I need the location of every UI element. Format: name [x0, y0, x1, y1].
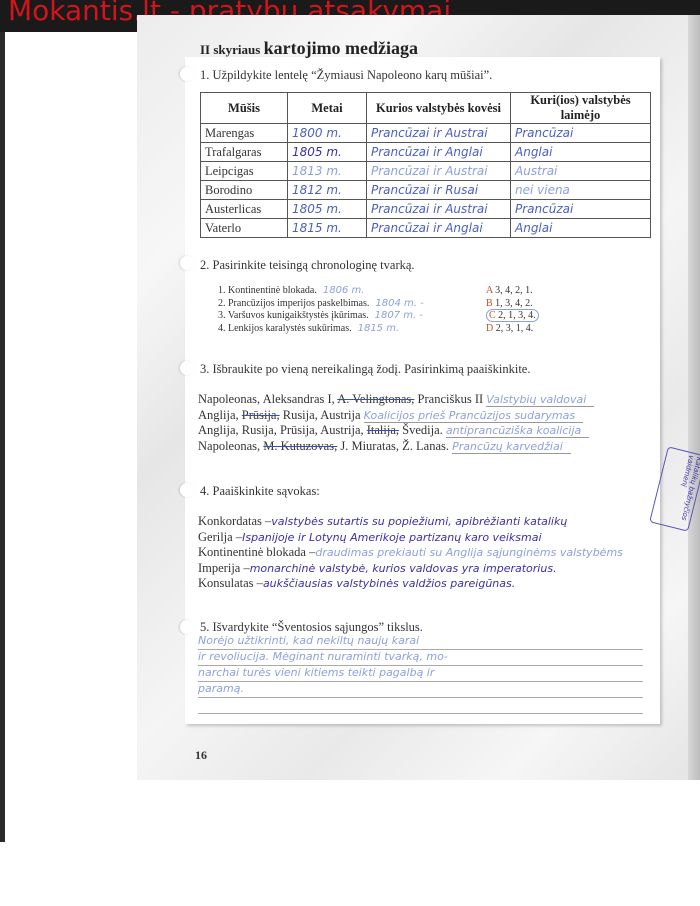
answer-line[interactable]: narchai turės vieni kitiems teikti pagal… [198, 666, 643, 682]
section-tab-marker [180, 620, 194, 634]
option-value: 2, 3, 1, 4. [496, 323, 534, 334]
option-letter: D [486, 323, 493, 334]
words-before: Anglija, Rusija, Prūsija, Austrija, [198, 423, 367, 437]
term-answer[interactable]: draudimas prekiauti su Anglija sąjunginė… [315, 546, 623, 559]
battle-name: Trafalgaras [201, 143, 288, 162]
section-tab-marker [180, 256, 194, 270]
event-item: 1. Kontinentinė blokada.1806 m. [218, 285, 424, 298]
battle-winner[interactable]: Prancūzai [511, 124, 651, 143]
event-text: 1. Kontinentinė blokada. [218, 285, 317, 296]
battles-table: Mūšis Metai Kurios valstybės kovėsi Kuri… [200, 92, 651, 238]
struck-word[interactable]: Italija, [367, 423, 399, 437]
option-letter: C [489, 310, 496, 321]
struck-word[interactable]: Prūsija, [242, 408, 280, 422]
battle-winner[interactable]: Prancūzai [511, 200, 651, 219]
battle-winner[interactable]: Anglai [511, 143, 651, 162]
explanation-answer[interactable]: Valstybių valdovai [486, 393, 594, 407]
task5-prompt: 5. Išvardykite “Šventosios sąjungos” tik… [200, 620, 423, 635]
words-before: Napoleonas, Aleksandras I, [198, 392, 337, 406]
term-label: Gerilja – [198, 530, 242, 544]
term-label: Konsulatas – [198, 576, 263, 590]
option-value: 1, 3, 4, 2. [495, 298, 533, 309]
explanation-answer[interactable]: Koalicijos prieš Prancūzijos sudarymas [364, 409, 583, 423]
word-row: Anglija, Prūsija, Rusija, Austrija Koali… [198, 408, 594, 424]
term-answer[interactable]: Ispanijoje ir Lotynų Amerikoje partizanų… [242, 531, 541, 544]
battle-fought[interactable]: Prancūzai ir Anglai [367, 219, 511, 238]
explanation-answer[interactable]: antiprancūziška koalicija [446, 424, 589, 438]
battle-year[interactable]: 1813 m. [288, 162, 367, 181]
words-after: J. Miuratas, Ž. Lanas. [337, 439, 449, 453]
event-text: 4. Lenkijos karalystės sukūrimas. [218, 323, 352, 334]
header-battle: Mūšis [201, 93, 288, 124]
battle-year[interactable]: 1812 m. [288, 181, 367, 200]
chapter-heading: kartojimo medžiaga [264, 38, 418, 58]
table-header-row: Mūšis Metai Kurios valstybės kovėsi Kuri… [201, 93, 651, 124]
battle-name: Borodino [201, 181, 288, 200]
term-row: Konsulatas –aukščiausias valstybinės val… [198, 576, 623, 592]
task4-rows: Konkordatas –valstybės sutartis su popie… [198, 514, 623, 592]
battle-fought[interactable]: Prancūzai ir Anglai [367, 143, 511, 162]
term-answer[interactable]: valstybės sutartis su popiežiumi, apibrė… [271, 515, 567, 528]
event-item: 4. Lenkijos karalystės sukūrimas.1815 m. [218, 323, 424, 336]
battle-name: Austerlicas [201, 200, 288, 219]
answer-line[interactable] [198, 698, 643, 714]
words-before: Anglija, [198, 408, 242, 422]
term-row: Gerilja –Ispanijoje ir Lotynų Amerikoje … [198, 530, 623, 546]
battle-name: Leipcigas [201, 162, 288, 181]
battle-fought[interactable]: Prancūzai ir Rusai [367, 181, 511, 200]
header-winner: Kuri(ios) valstybės laimėjo [511, 93, 651, 124]
term-row: Konkordatas –valstybės sutartis su popie… [198, 514, 623, 530]
section-tab-marker [180, 67, 194, 81]
battle-winner[interactable]: Anglai [511, 219, 651, 238]
answer-line[interactable]: ir revoliucija. Mėginant nuraminti tvark… [198, 650, 643, 666]
table-row: Vaterlo 1815 m. Prancūzai ir Anglai Angl… [201, 219, 651, 238]
term-answer[interactable]: aukščiausias valstybinės valdžios pareig… [263, 577, 515, 590]
task1-prompt: 1. Užpildykite lentelę “Žymiausi Napoleo… [200, 68, 492, 83]
words-after: Švedija. [399, 423, 443, 437]
words-after: Rusija, Austrija [280, 408, 361, 422]
battle-year[interactable]: 1805 m. [288, 200, 367, 219]
battle-winner[interactable]: nei viena [511, 181, 651, 200]
event-answer[interactable]: 1807 m. - [375, 310, 423, 321]
term-label: Kontinentinė blokada – [198, 545, 315, 559]
word-row: Anglija, Rusija, Prūsija, Austrija, Ital… [198, 423, 594, 439]
term-row: Kontinentinė blokada –draudimas prekiaut… [198, 545, 623, 561]
task3-rows: Napoleonas, Aleksandras I, A. Velingtona… [198, 392, 594, 454]
event-text: 2. Prancūzijos imperijos paskelbimas. [218, 298, 369, 309]
table-row: Borodino 1812 m. Prancūzai ir Rusai nei … [201, 181, 651, 200]
event-answer[interactable]: 1806 m. [323, 285, 365, 296]
term-row: Imperija –monarchinė valstybė, kurios va… [198, 561, 623, 577]
table-row: Leipcigas 1813 m. Prancūzai ir Austrai A… [201, 162, 651, 181]
words-after: Pranciškus II [414, 392, 483, 406]
battle-fought[interactable]: Prancūzai ir Austrai [367, 200, 511, 219]
answer-line[interactable]: paramą. [198, 682, 643, 698]
left-edge [0, 32, 5, 842]
word-row: Napoleonas, Aleksandras I, A. Velingtona… [198, 392, 594, 408]
event-item: 3. Varšuvos kunigaikštystės įkūrimas.180… [218, 310, 424, 323]
struck-word[interactable]: M. Kutuzovas, [263, 439, 337, 453]
event-answer[interactable]: 1815 m. [358, 323, 400, 334]
table-row: Austerlicas 1805 m. Prancūzai ir Austrai… [201, 200, 651, 219]
term-label: Konkordatas – [198, 514, 271, 528]
battle-year[interactable]: 1805 m. [288, 143, 367, 162]
task2-prompt: 2. Pasirinkite teisingą chronologinę tva… [200, 258, 415, 273]
option-d[interactable]: D 2, 3, 1, 4. [486, 323, 539, 336]
option-letter: B [486, 298, 493, 309]
task3-prompt: 3. Išbraukite po vieną nereikalingą žodį… [200, 362, 530, 377]
term-answer[interactable]: monarchinė valstybė, kurios valdovas yra… [250, 562, 557, 575]
header-year: Metai [288, 93, 367, 124]
task4-prompt: 4. Paaiškinkite sąvokas: [200, 484, 320, 499]
header-fought: Kurios valstybės kovėsi [367, 93, 511, 124]
task2-events: 1. Kontinentinė blokada.1806 m. 2. Pranc… [218, 285, 424, 335]
task2-options: A 3, 4, 2, 1. B 1, 3, 4, 2. C 2, 1, 3, 4… [486, 285, 539, 335]
battle-fought[interactable]: Prancūzai ir Austrai [367, 124, 511, 143]
option-value: 2, 1, 3, 4. [498, 310, 536, 321]
explanation-answer[interactable]: Prancūzų karvedžiai [452, 440, 571, 454]
option-c-selected[interactable]: C 2, 1, 3, 4. [486, 310, 539, 323]
battle-year[interactable]: 1800 m. [288, 124, 367, 143]
event-item: 2. Prancūzijos imperijos paskelbimas.180… [218, 298, 424, 311]
battle-winner[interactable]: Austrai [511, 162, 651, 181]
struck-word[interactable]: A. Velingtonas, [337, 392, 414, 406]
battle-name: Marengas [201, 124, 288, 143]
chapter-title: II skyriaus kartojimo medžiaga [200, 38, 418, 59]
table-row: Trafalgaras 1805 m. Prancūzai ir Anglai … [201, 143, 651, 162]
term-label: Imperija – [198, 561, 250, 575]
word-row: Napoleonas, M. Kutuzovas, J. Miuratas, Ž… [198, 439, 594, 455]
answer-line[interactable]: Norėjo užtikrinti, kad nekiltų naujų kar… [198, 634, 643, 650]
battle-year[interactable]: 1815 m. [288, 219, 367, 238]
option-a[interactable]: A 3, 4, 2, 1. [486, 285, 539, 298]
battle-name: Vaterlo [201, 219, 288, 238]
section-tab-marker [180, 483, 194, 497]
event-answer[interactable]: 1804 m. - [375, 298, 423, 309]
event-text: 3. Varšuvos kunigaikštystės įkūrimas. [218, 310, 369, 321]
page-right-edge [688, 15, 700, 780]
chapter-prefix: II skyriaus [200, 42, 260, 57]
option-value: 3, 4, 2, 1. [495, 285, 533, 296]
battle-fought[interactable]: Prancūzai ir Austrai [367, 162, 511, 181]
task5-answer-lines[interactable]: Norėjo užtikrinti, kad nekiltų naujų kar… [198, 634, 643, 714]
option-letter: A [486, 285, 493, 296]
section-tab-marker [180, 361, 194, 375]
words-before: Napoleonas, [198, 439, 263, 453]
table-row: Marengas 1800 m. Prancūzai ir Austrai Pr… [201, 124, 651, 143]
page-number: 16 [195, 748, 207, 763]
